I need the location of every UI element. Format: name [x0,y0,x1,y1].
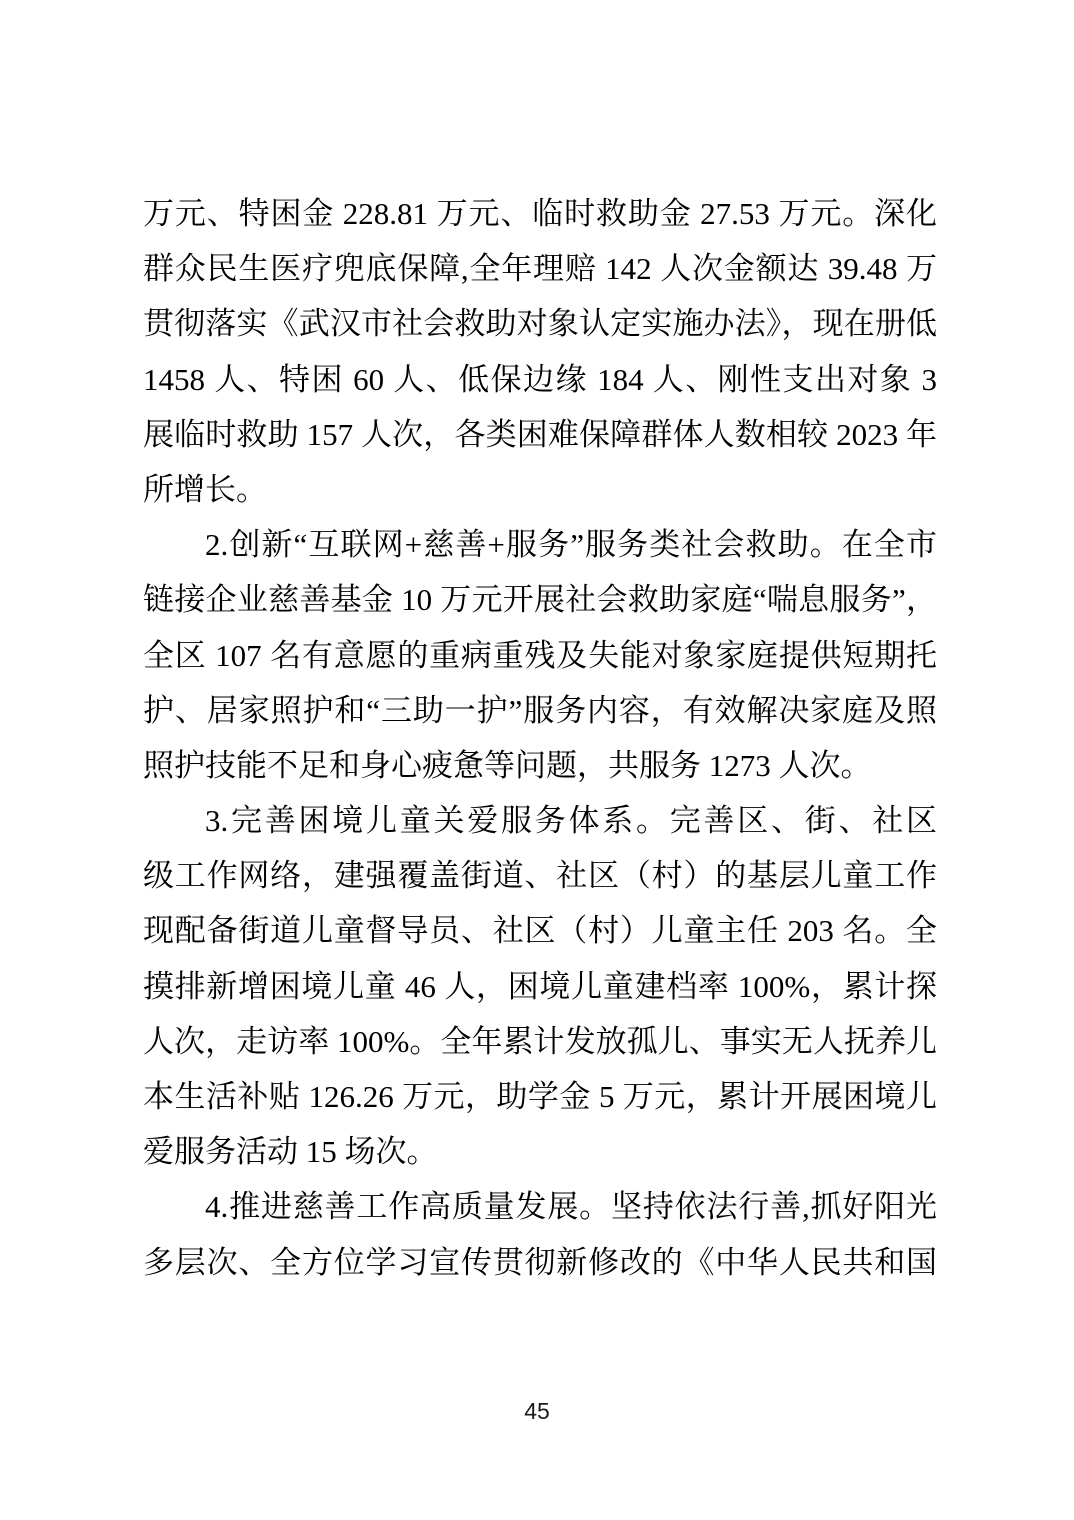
text-line: 群众民生医疗兜底保障,全年理赔 142 人次金额达 39.48 万余元。 [143,241,937,296]
text-line: 多层次、全方位学习宣传贯彻新修改的《中华人民共和国慈善 [143,1235,937,1290]
text-line: 人次，走访率 100%。全年累计发放孤儿、事实无人抚养儿童基 [143,1014,937,1069]
page-number: 45 [0,1398,1074,1425]
text-line: 级工作网络，建强覆盖街道、社区（村）的基层儿童工作队伍， [143,848,937,903]
text-line: 照护技能不足和身心疲惫等问题，共服务 1273 人次。 [143,738,937,793]
text-line: 展临时救助 157 人次，各类困难保障群体人数相较 2023 年均有 [143,407,937,462]
text-line: 护、居家照护和“三助一护”服务内容，有效解决家庭及照护者 [143,683,937,738]
text-line: 现配备街道儿童督导员、社区（村）儿童主任 203 名。全年累计 [143,903,937,958]
text-line: 全区 107 名有意愿的重病重残及失能对象家庭提供短期托养照 [143,628,937,683]
text-line: 所增长。 [143,462,937,517]
text-line: 摸排新增困境儿童 46 人，困境儿童建档率 100%，累计探访 2288 [143,959,937,1014]
text-line: 贯彻落实《武汉市社会救助对象认定实施办法》，现在册低保 [143,296,937,351]
text-line: 1458 人、特困 60 人、低保边缘 184 人、刚性支出对象 3 人，开 [143,352,937,407]
text-line: 4.推进慈善工作高质量发展。坚持依法行善,抓好阳光慈善, [143,1179,937,1234]
body-text: 万元、特困金 228.81 万元、临时救助金 27.53 万元。深化困难 群众民… [143,186,937,1290]
text-line: 2.创新“互联网+慈善+服务”服务类社会救助。在全市率先 [143,517,937,572]
text-line: 3.完善困境儿童关爱服务体系。完善区、街、社区（村）三 [143,793,937,848]
text-line: 爱服务活动 15 场次。 [143,1124,937,1179]
text-line: 本生活补贴 126.26 万元，助学金 5 万元，累计开展困境儿童关 [143,1069,937,1124]
text-line: 万元、特困金 228.81 万元、临时救助金 27.53 万元。深化困难 [143,186,937,241]
document-page: 万元、特困金 228.81 万元、临时救助金 27.53 万元。深化困难 群众民… [0,0,1074,1520]
text-line: 链接企业慈善基金 10 万元开展社会救助家庭“喘息服务”，向 [143,572,937,627]
